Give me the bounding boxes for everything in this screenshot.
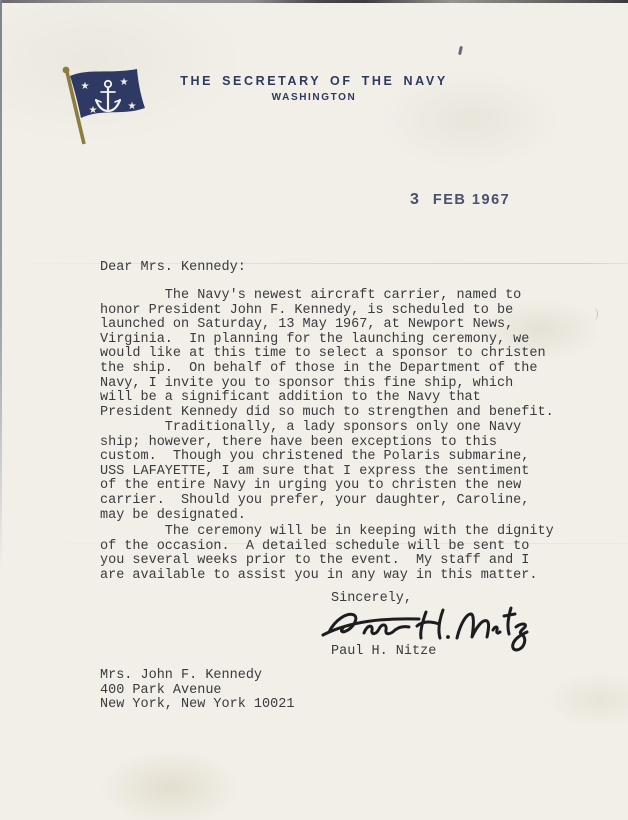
recipient-address: Mrs. John F. Kennedy 400 Park Avenue New… (100, 669, 294, 713)
date-stamp: 3FEB 1967 (410, 191, 510, 209)
paragraph-1: The Navy's newest aircraft carrier, name… (100, 289, 554, 420)
paragraph-2: Traditionally, a lady sponsors only one … (100, 421, 529, 523)
scan-edge-top (0, 0, 628, 3)
letterhead-title: THE SECRETARY OF THE NAVY (0, 74, 628, 88)
paper-smudge (590, 308, 598, 320)
date-stamp-day: 3 (410, 191, 420, 208)
salutation: Dear Mrs. Kennedy: (100, 261, 246, 276)
star-icon: ★ (89, 105, 98, 116)
paragraph-3: The ceremony will be in keeping with the… (100, 525, 554, 583)
ink-mark (458, 46, 462, 55)
typed-signature-name: Paul H. Nitze (331, 645, 436, 660)
date-stamp-month-year: FEB 1967 (433, 192, 510, 208)
letterhead-subtitle: WASHINGTON (0, 92, 628, 103)
secretary-navy-flag-icon: ★ ★ ★ ★ (52, 58, 152, 150)
fold-crease (0, 263, 628, 264)
scanned-letter-page: ★ ★ ★ ★ THE SECRETARY OF THE NAVY WASHIN… (0, 0, 628, 820)
